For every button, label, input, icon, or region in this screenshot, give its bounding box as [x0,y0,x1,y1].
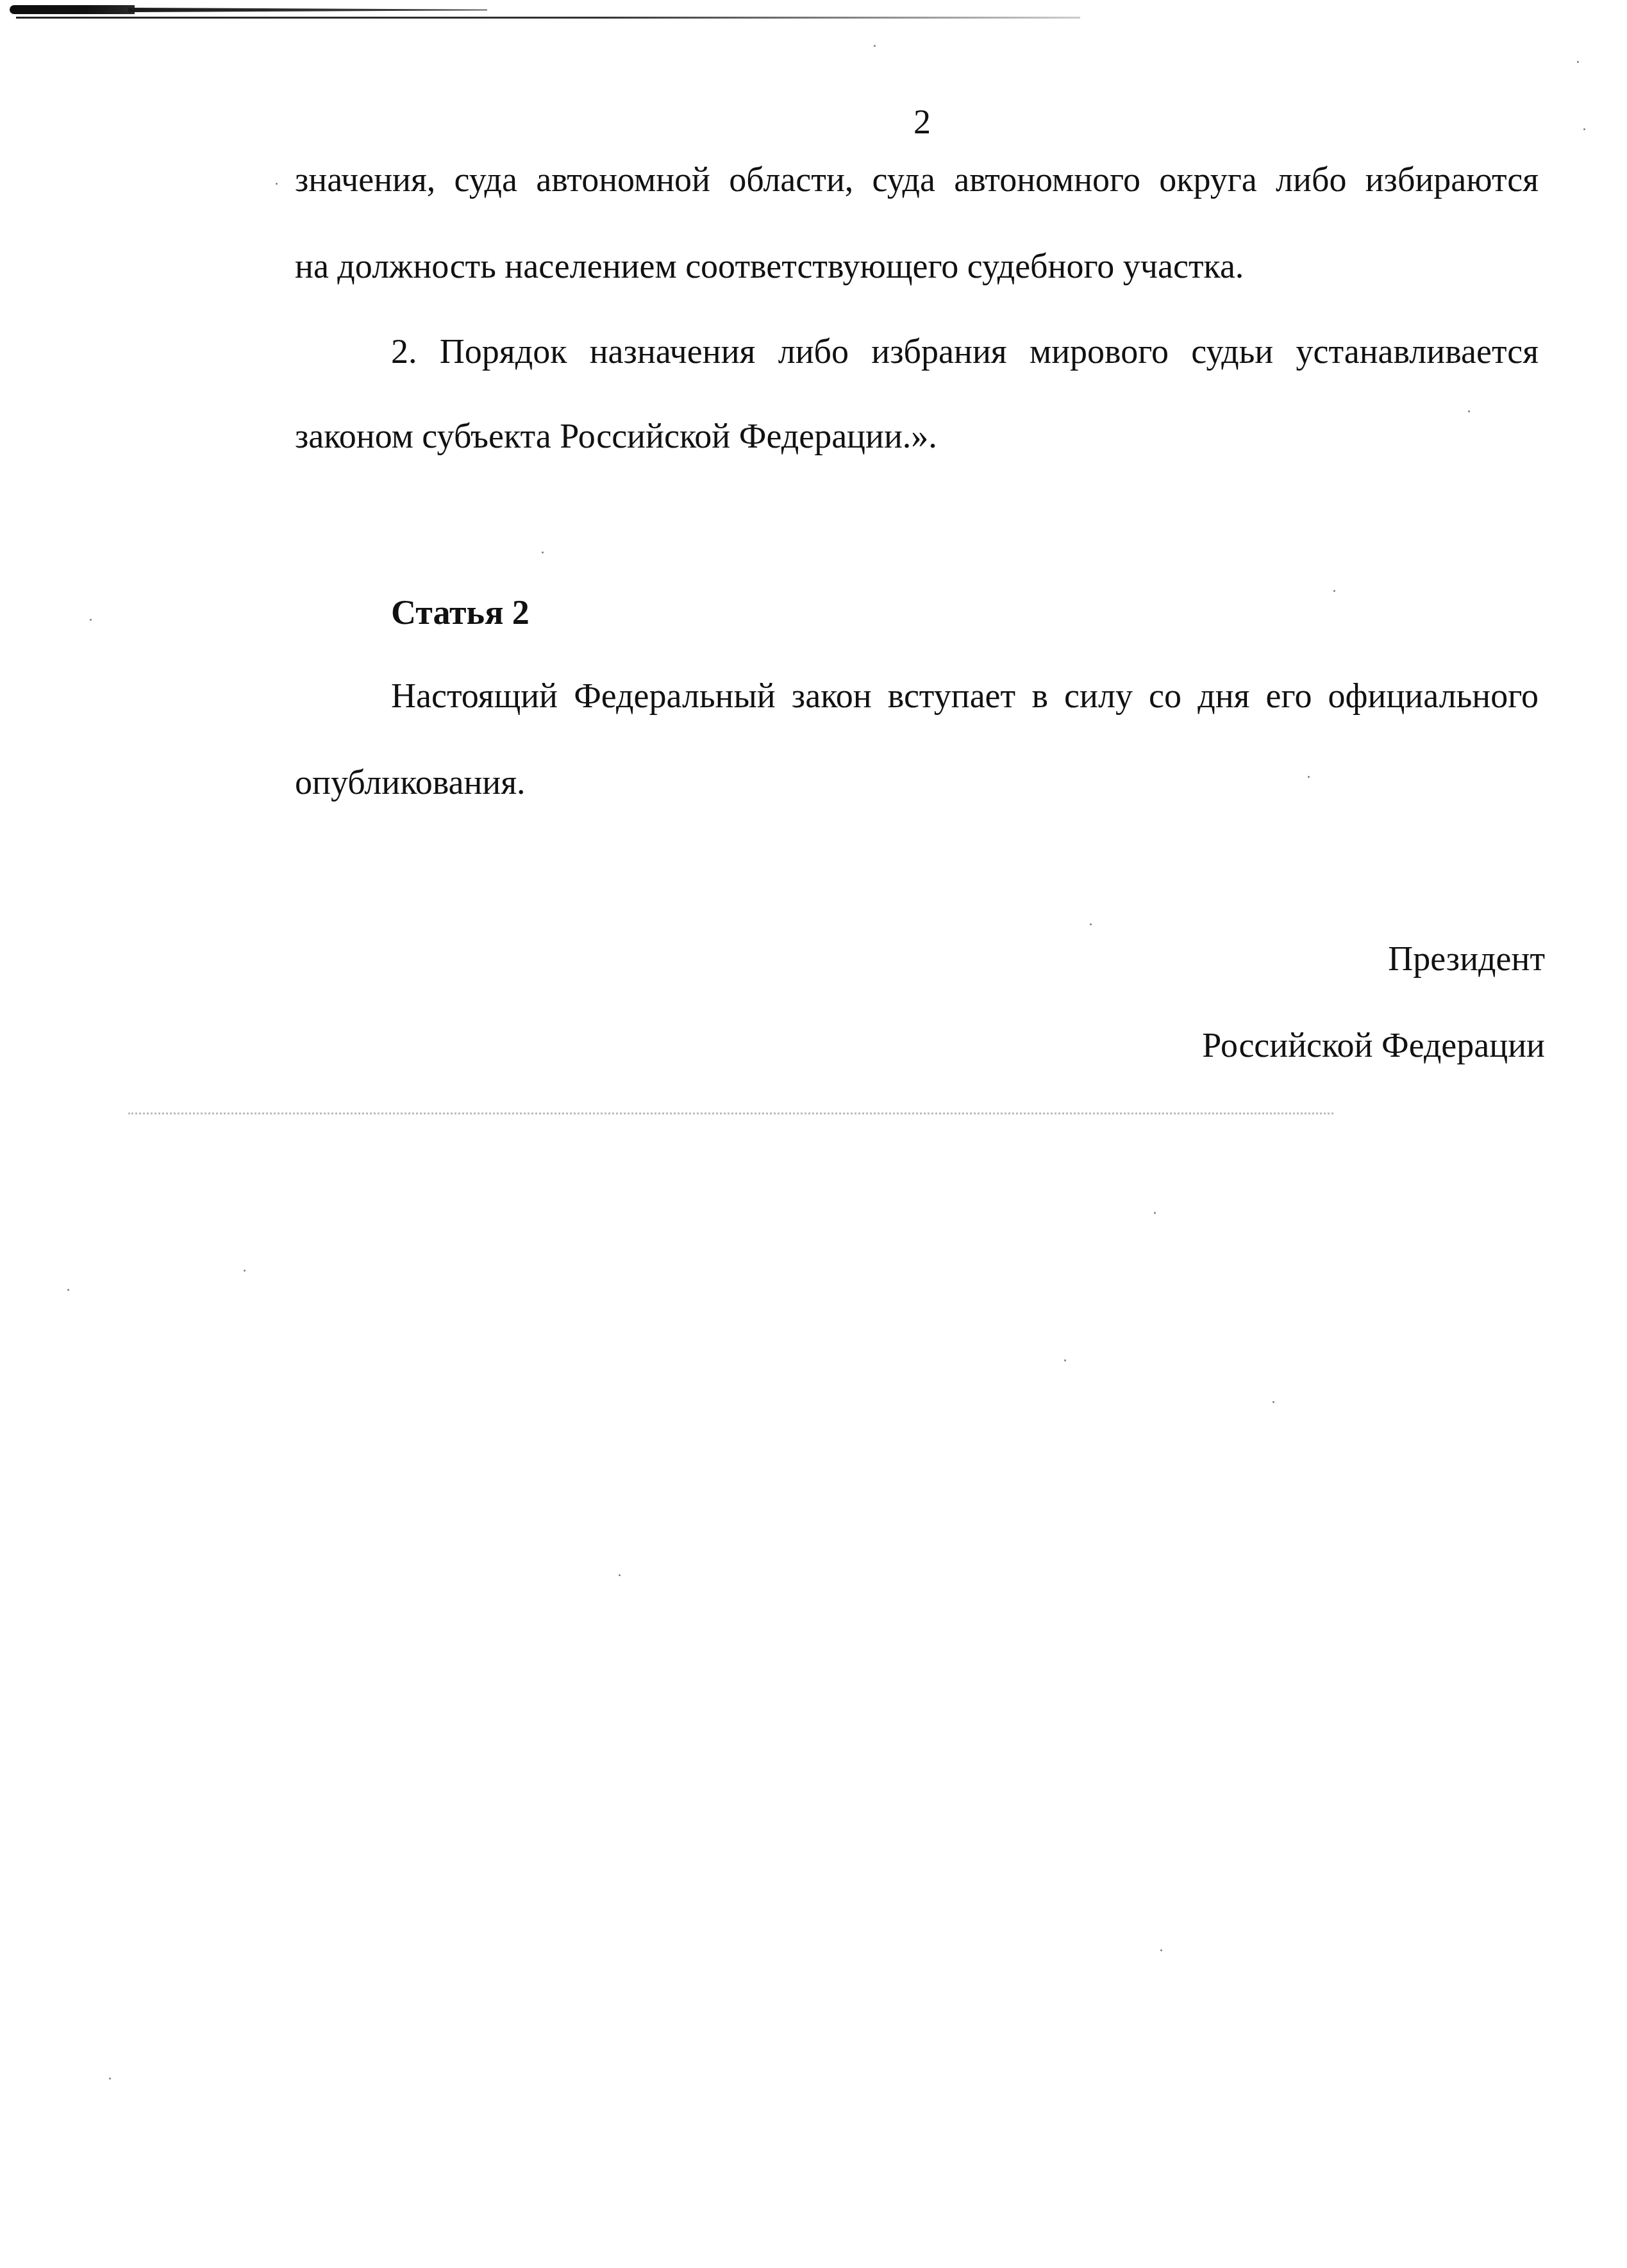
scan-speck [874,45,876,47]
paragraph-2-line-2: законом субъекта Российской Федерации.». [295,417,1539,455]
scan-speck [1160,1949,1162,1951]
scan-speck [1090,923,1092,925]
signature-organization: Российской Федерации [1202,1026,1545,1064]
article-body-line-2: опубликования. [295,763,1539,802]
scan-speck [1583,128,1585,130]
scan-speck [542,551,544,553]
scan-speck [90,619,92,621]
scan-artifact-line [16,17,1080,19]
scan-speck [109,2078,111,2079]
scan-speck [619,1574,621,1576]
scan-speck [67,1289,69,1291]
scan-speck [1272,1401,1274,1403]
page-number: 2 [914,103,931,141]
scan-speck [244,1270,246,1272]
scan-artifact-streak [128,8,487,12]
scan-artifact-streak [10,5,135,14]
scan-artifact-dotted-line [128,1113,1333,1114]
paragraph-1-line-1: значения, суда автономной области, суда … [295,160,1539,199]
scan-speck [1333,590,1335,592]
scan-speck [1064,1359,1066,1361]
paragraph-2-line-1: 2. Порядок назначения либо избрания миро… [391,332,1539,371]
article-body-line-1: Настоящий Федеральный закон вступает в с… [391,676,1539,715]
scan-speck [1468,410,1470,412]
signature-title: Президент [1388,939,1545,978]
article-heading: Статья 2 [391,593,530,632]
scan-speck [1577,61,1579,63]
scan-speck [276,183,278,185]
scan-speck [1154,1212,1156,1214]
paragraph-1-line-2: на должность населением соответствующего… [295,247,1539,285]
